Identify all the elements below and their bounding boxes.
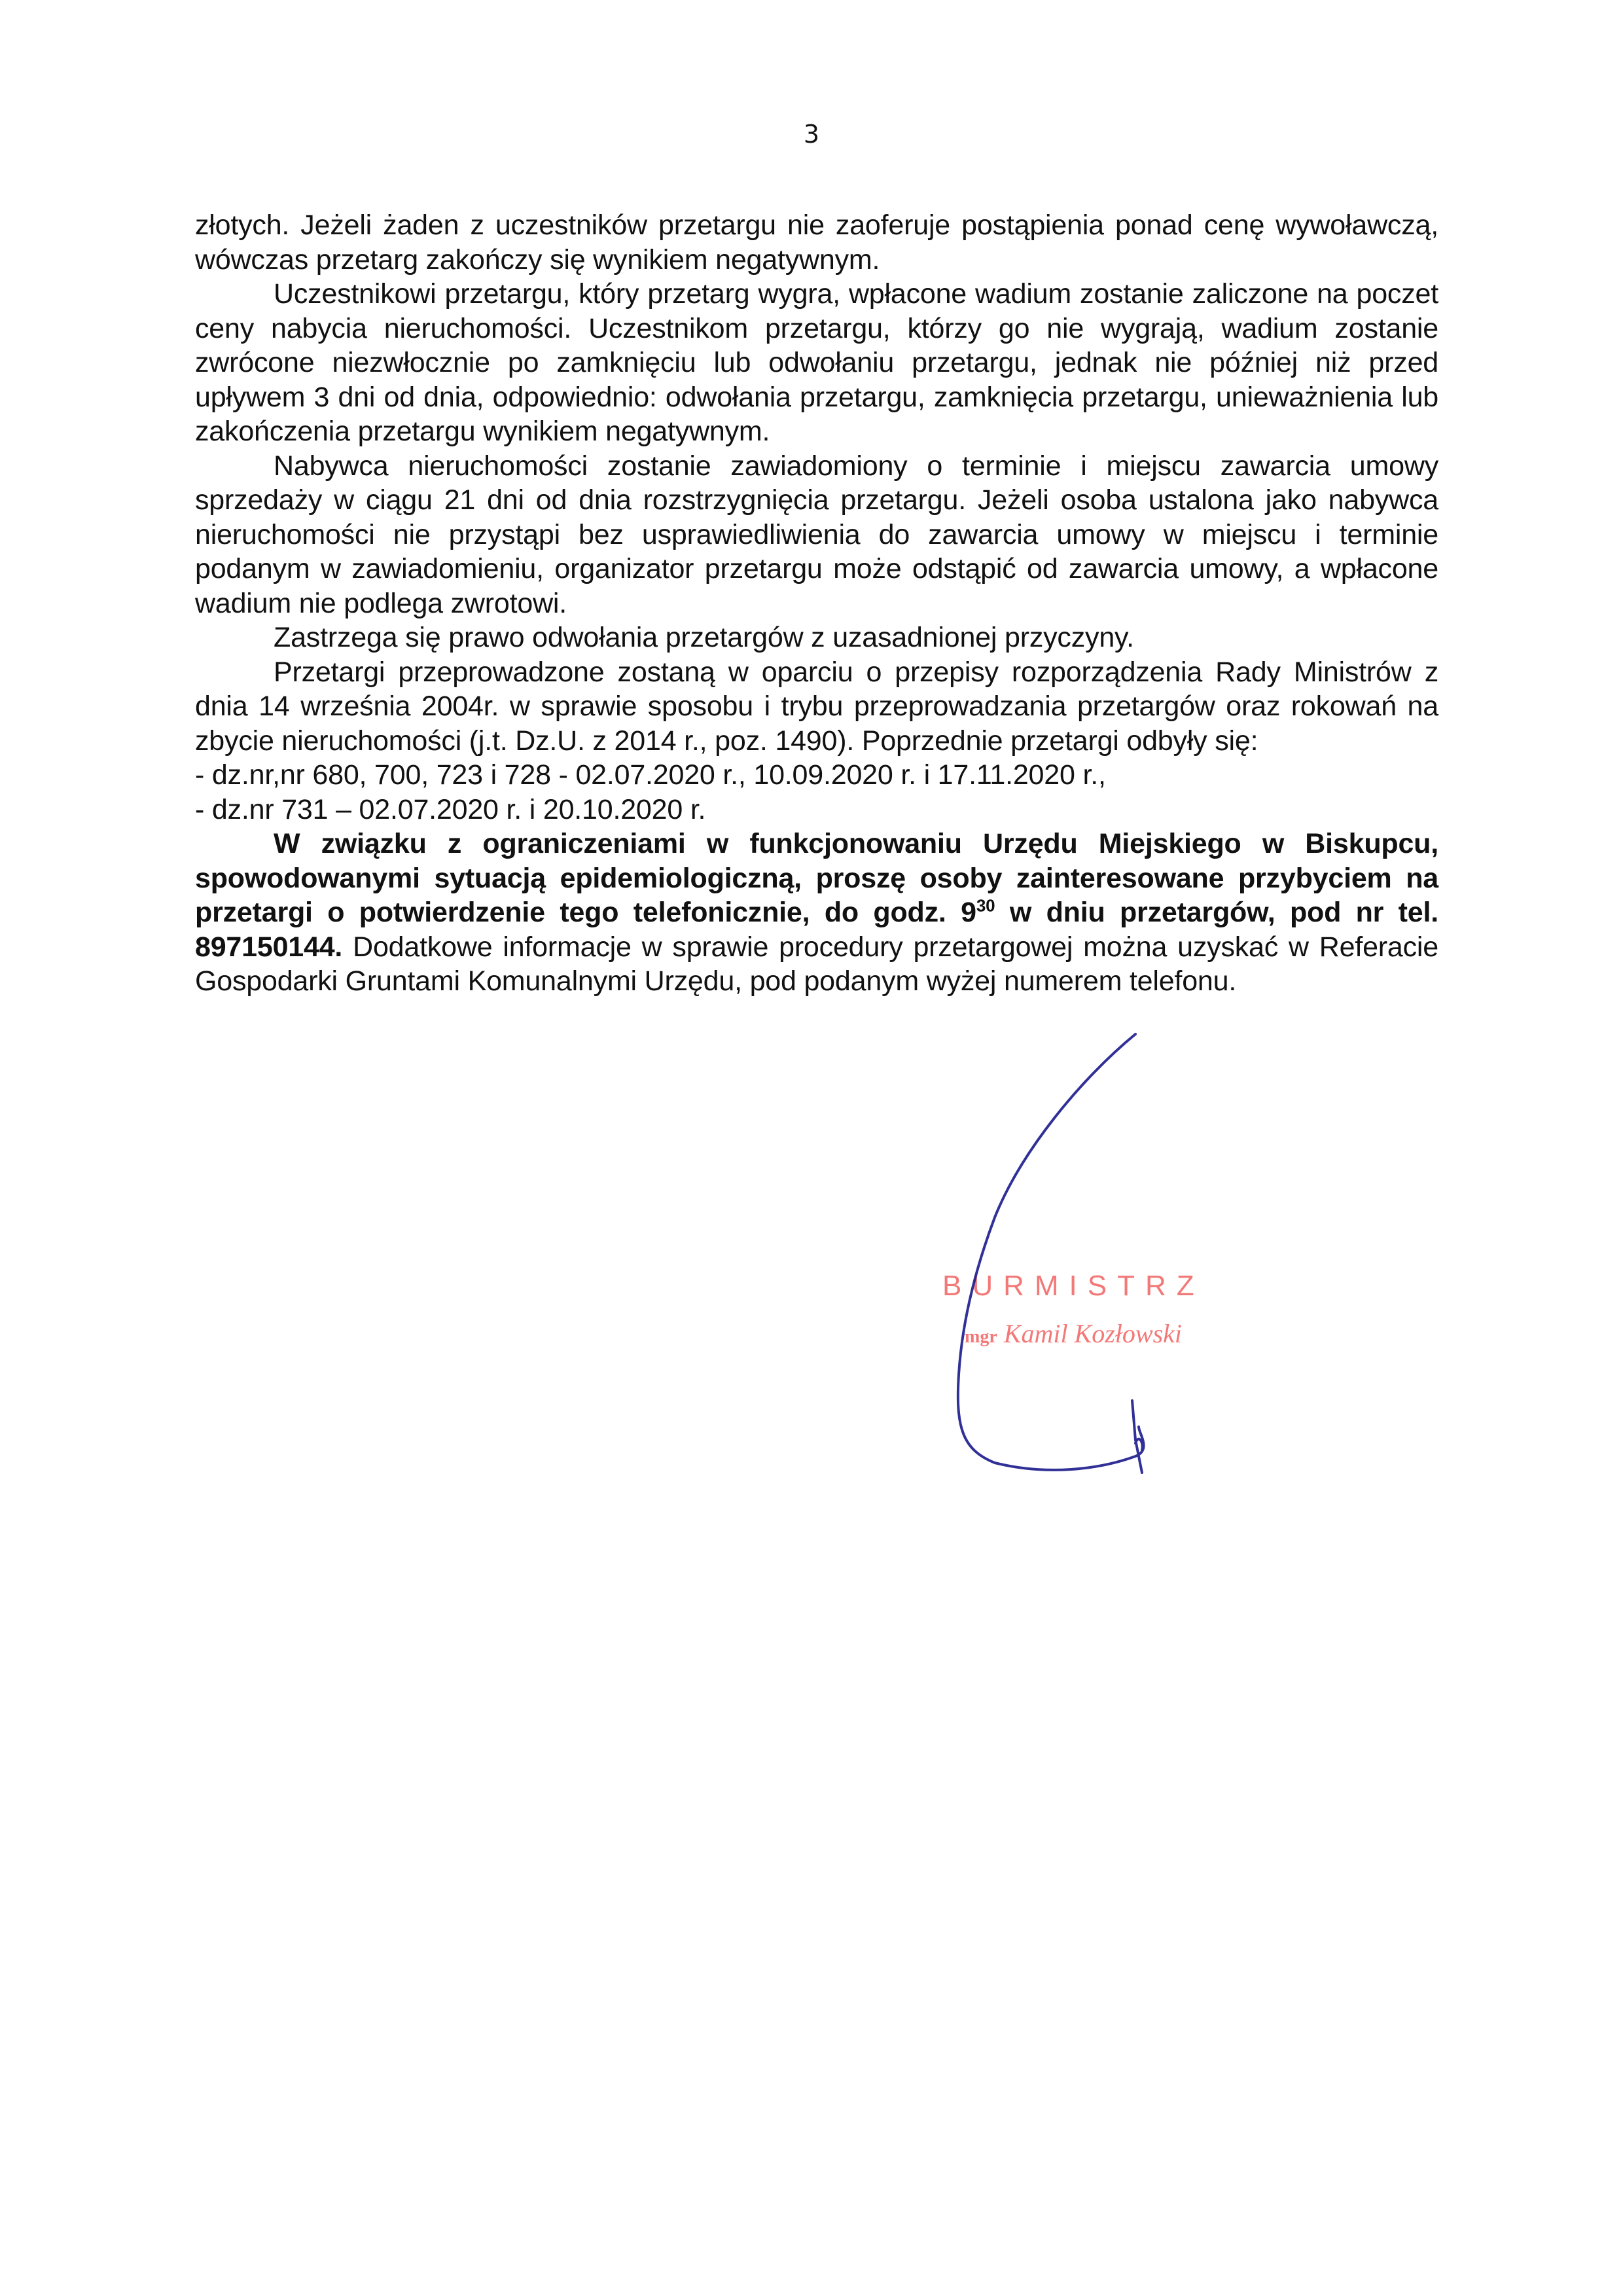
paragraph-legal-basis: Przetargi przeprowadzone zostaną w oparc… xyxy=(195,655,1438,759)
paragraph-buyer-notice: Nabywca nieruchomości zostanie zawiadomi… xyxy=(195,449,1438,621)
paragraph-covid-notice: W związku z ograniczeniami w funkcjonowa… xyxy=(195,827,1438,999)
mayor-stamp: BURMISTRZ mgr Kamil Kozłowski xyxy=(942,1270,1257,1349)
paragraph-deposit: Uczestnikowi przetargu, który przetarg w… xyxy=(195,277,1438,449)
document-body: złotych. Jeżeli żaden z uczestników prze… xyxy=(195,208,1438,999)
previous-auction-item: - dz.nr,nr 680, 700, 723 i 728 - 02.07.2… xyxy=(195,758,1438,793)
previous-auction-item: - dz.nr 731 – 02.07.2020 r. i 20.10.2020… xyxy=(195,793,1438,827)
paragraph-negative-result: złotych. Jeżeli żaden z uczestników prze… xyxy=(195,208,1438,277)
stamp-name: mgr Kamil Kozłowski xyxy=(965,1318,1257,1349)
stamp-title: BURMISTRZ xyxy=(942,1270,1257,1302)
stamp-name-prefix: mgr xyxy=(965,1327,997,1347)
paragraph-cancellation-right: Zastrzega się prawo odwołania przetargów… xyxy=(195,620,1438,655)
time-superscript: 30 xyxy=(976,896,995,916)
page-number: 3 xyxy=(804,120,819,149)
stamp-name-text: Kamil Kozłowski xyxy=(1004,1319,1182,1348)
additional-info: Dodatkowe informacje w sprawie procedury… xyxy=(195,931,1438,997)
